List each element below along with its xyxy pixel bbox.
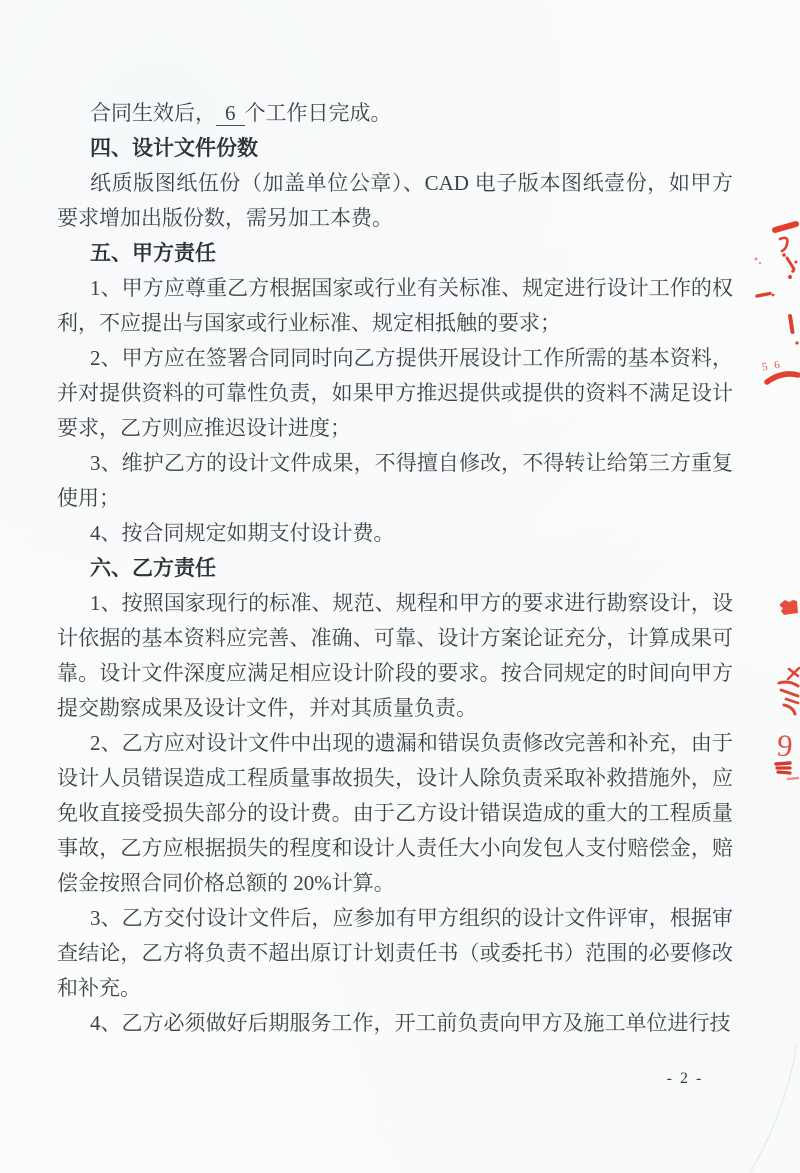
section-heading: 四、设计文件份数 [57, 131, 733, 166]
red-ink-dash [788, 778, 798, 779]
page-number: - 2 - [645, 1070, 725, 1088]
red-ink-scribble [779, 682, 798, 686]
paragraph: 2、乙方应对设计文件中出现的遗漏和错误负责修改完善和补充，由于设计人员错误造成工… [57, 726, 733, 901]
paragraph: 3、乙方交付设计文件后，应参加有甲方组织的设计文件评审，根据审查结论，乙方将负责… [57, 901, 733, 1006]
section-heading: 五、甲方责任 [57, 236, 733, 271]
red-ink-blotch [780, 600, 798, 615]
red-ink-stroke [787, 258, 794, 269]
paper-crease [750, 1044, 797, 1173]
text-run: 合同生效后， [90, 101, 216, 125]
red-ink-dot [795, 261, 798, 264]
handwritten-red-digit: 9 [776, 728, 794, 765]
text-run: 纸质版图纸伍份（加盖单位公章）、CAD 电子版本图纸壹份，如甲方要求增加出版份数… [57, 171, 733, 230]
paragraph: 3、维护乙方的设计文件成果，不得擅自修改，不得转让给第三方重复使用； [57, 446, 733, 516]
red-ink-dash [757, 294, 770, 297]
paragraph: 4、按合同规定如期支付设计费。 [57, 516, 733, 551]
paragraph: 纸质版图纸伍份（加盖单位公章）、CAD 电子版本图纸壹份，如甲方要求增加出版份数… [57, 166, 733, 236]
text-run: 2、甲方应在签署合同同时向乙方提供开展设计工作所需的基本资料，并对提供资料的可靠… [57, 346, 733, 440]
red-ink-scribble [784, 705, 795, 714]
paragraph: 1、甲方应尊重乙方根据国家或行业有关标准、规定进行设计工作的权利，不应提出与国家… [57, 271, 733, 341]
red-ink-dot [782, 253, 786, 257]
red-ink-scribble [788, 668, 799, 679]
contract-text-block: 合同生效后，6个工作日完成。四、设计文件份数纸质版图纸伍份（加盖单位公章）、CA… [57, 96, 733, 1041]
text-run: 3、维护乙方的设计文件成果，不得擅自修改，不得转让给第三方重复使用； [57, 451, 733, 510]
text-run: 4、按合同规定如期支付设计费。 [90, 521, 395, 545]
text-run: 四、设计文件份数 [90, 136, 258, 160]
handwritten-red-numbers: 5 6 [761, 359, 782, 374]
red-ink-stroke [790, 316, 793, 332]
red-ink-hook [780, 238, 787, 251]
paragraph: 4、乙方必须做好后期服务工作，开工前负责向甲方及施工单位进行技 [57, 1006, 733, 1041]
text-run: 4、乙方必须做好后期服务工作，开工前负责向甲方及施工单位进行技 [90, 1011, 731, 1035]
filled-in-blank: 6 [216, 101, 245, 126]
paragraph: 合同生效后，6个工作日完成。 [57, 96, 733, 131]
red-ink-dot [791, 269, 794, 272]
red-ink-dot [795, 341, 798, 344]
red-ink-mark [778, 772, 790, 773]
text-run: 2、乙方应对设计文件中出现的遗漏和错误负责修改完善和补充，由于设计人员错误造成工… [57, 731, 733, 895]
red-ink-dot [772, 294, 775, 297]
red-ink-stroke [775, 224, 796, 230]
red-ink-swoosh [767, 374, 798, 382]
text-run: 3、乙方交付设计文件后，应参加有甲方组织的设计文件评审，根据审查结论，乙方将负责… [57, 906, 733, 1000]
paragraph: 2、甲方应在签署合同同时向乙方提供开展设计工作所需的基本资料，并对提供资料的可靠… [57, 341, 733, 446]
red-ink-scribble [786, 699, 798, 703]
red-ink-dot [788, 275, 792, 279]
text-run: 1、甲方应尊重乙方根据国家或行业有关标准、规定进行设计工作的权利，不应提出与国家… [57, 276, 733, 335]
text-run: 五、甲方责任 [90, 241, 216, 265]
text-run: 六、乙方责任 [90, 556, 216, 580]
red-ink-dot [759, 262, 761, 264]
paragraph: 1、按照国家现行的标准、规范、规程和甲方的要求进行勘察设计，设计依据的基本资料应… [57, 586, 733, 726]
contract-page: 合同生效后，6个工作日完成。四、设计文件份数纸质版图纸伍份（加盖单位公章）、CA… [0, 0, 800, 1173]
red-ink-scribble [789, 669, 798, 676]
red-ink-dot [755, 258, 758, 261]
red-ink-scribble [781, 690, 798, 696]
text-run: 1、按照国家现行的标准、规范、规程和甲方的要求进行勘察设计，设计依据的基本资料应… [57, 591, 733, 720]
section-heading: 六、乙方责任 [57, 551, 733, 586]
text-run: 个工作日完成。 [245, 101, 392, 125]
